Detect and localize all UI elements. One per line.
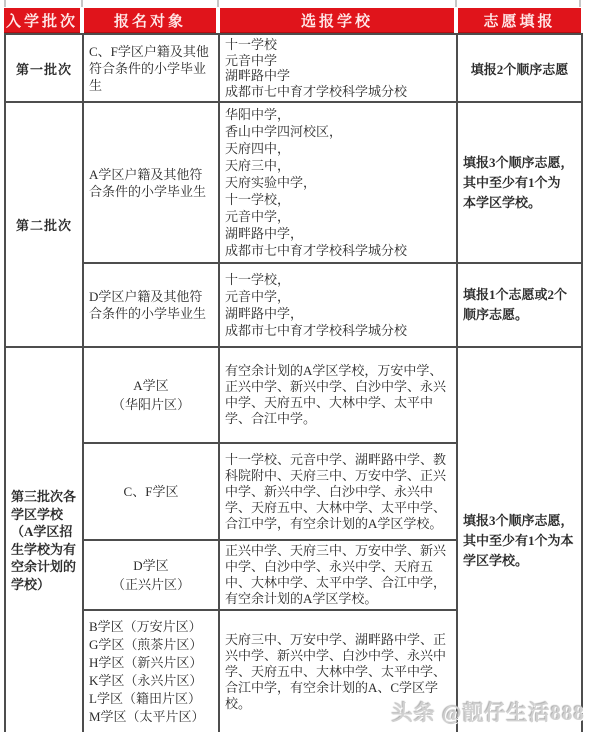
batch2-rowD-schools-cell: 十一学校， 元音中学， 湖畔路中学， 成都市七中育才学校科学城分校 — [219, 263, 457, 347]
header-cell-schools: 选报学校 — [220, 8, 454, 33]
border-stub — [4, 0, 6, 7]
border-stub — [81, 0, 83, 7]
border-stub — [455, 0, 457, 7]
enrollment-table: 第一批次 C、F学区户籍及其他符合条件的小学毕业生 十一学校 元音中学 湖畔路中… — [4, 33, 583, 732]
page: 入学批次 报名对象 选报学校 志愿填报 第一批次 C、F学区户籍及其他符合条件的… — [0, 0, 590, 732]
border-stub — [579, 0, 581, 7]
batch2-rowA-volunteer-cell: 填报3个顺序志愿， 其中至少有1个为 本学区学校。 — [457, 102, 582, 263]
batch2-rowD-applicants-cell: D学区户籍及其他符合条件的小学毕业生 — [83, 263, 219, 347]
batch1-volunteer-cell: 填报2个顺序志愿 — [457, 34, 582, 102]
batch3-volunteer-cell: 填报3个顺序志愿， 其中至少有1个为本 学区学校。 — [457, 347, 582, 732]
batch3-district-multi-cell: B学区（万安片区） G学区（煎茶片区） H学区（新兴片区） K学区（永兴片区） … — [83, 610, 219, 732]
batch3-districtA-cell: A学区 （华阳片区） — [83, 347, 219, 443]
table-header-row: 入学批次 报名对象 选报学校 志愿填报 — [4, 8, 581, 33]
header-cell-admission-batch: 入学批次 — [4, 8, 80, 33]
table-row: 第二批次 A学区户籍及其他符合条件的小学毕业生 华阳中学， 香山中学四河校区， … — [5, 102, 582, 263]
table-row: D学区户籍及其他符合条件的小学毕业生 十一学校， 元音中学， 湖畔路中学， 成都… — [5, 263, 582, 347]
batch2-rowD-volunteer-cell: 填报1个志愿或2个 顺序志愿。 — [457, 263, 582, 347]
batch2-rowA-applicants-cell: A学区户籍及其他符合条件的小学毕业生 — [83, 102, 219, 263]
batch3-districtCF-schools-cell: 十一学校、元音中学、湖畔路中学、教科院附中、天府三中、万安中学、正兴中学、新兴中… — [219, 443, 457, 540]
batch1-applicants-cell: C、F学区户籍及其他符合条件的小学毕业生 — [83, 34, 219, 102]
batch3-districtD-cell: D学区 （正兴片区） — [83, 540, 219, 610]
table-row: 第一批次 C、F学区户籍及其他符合条件的小学毕业生 十一学校 元音中学 湖畔路中… — [5, 34, 582, 102]
batch1-label-cell: 第一批次 — [5, 34, 83, 102]
header-cell-volunteer: 志愿填报 — [458, 8, 581, 33]
border-stub — [217, 0, 219, 7]
header-cell-applicants: 报名对象 — [84, 8, 216, 33]
batch3-districtCF-cell: C、F学区 — [83, 443, 219, 540]
batch1-schools-cell: 十一学校 元音中学 湖畔路中学 成都市七中育才学校科学城分校 — [219, 34, 457, 102]
batch3-districtD-schools-cell: 正兴中学、天府三中、万安中学、新兴中学、白沙中学、永兴中学、天府五中、大林中学、… — [219, 540, 457, 610]
table-row: 第三批次各学区学校（A学区招生学校为有空余计划的学校） A学区 （华阳片区） 有… — [5, 347, 582, 443]
batch3-label-cell: 第三批次各学区学校（A学区招生学校为有空余计划的学校） — [5, 347, 83, 732]
batch3-districtA-schools-cell: 有空余计划的A学区学校，万安中学、正兴中学、新兴中学、白沙中学、永兴中学、天府五… — [219, 347, 457, 443]
batch2-label-cell: 第二批次 — [5, 102, 83, 347]
batch2-rowA-schools-cell: 华阳中学， 香山中学四河校区， 天府四中， 天府三中， 天府实验中学， 十一学校… — [219, 102, 457, 263]
watermark: 头条 @靓仔生活888 — [392, 697, 585, 727]
